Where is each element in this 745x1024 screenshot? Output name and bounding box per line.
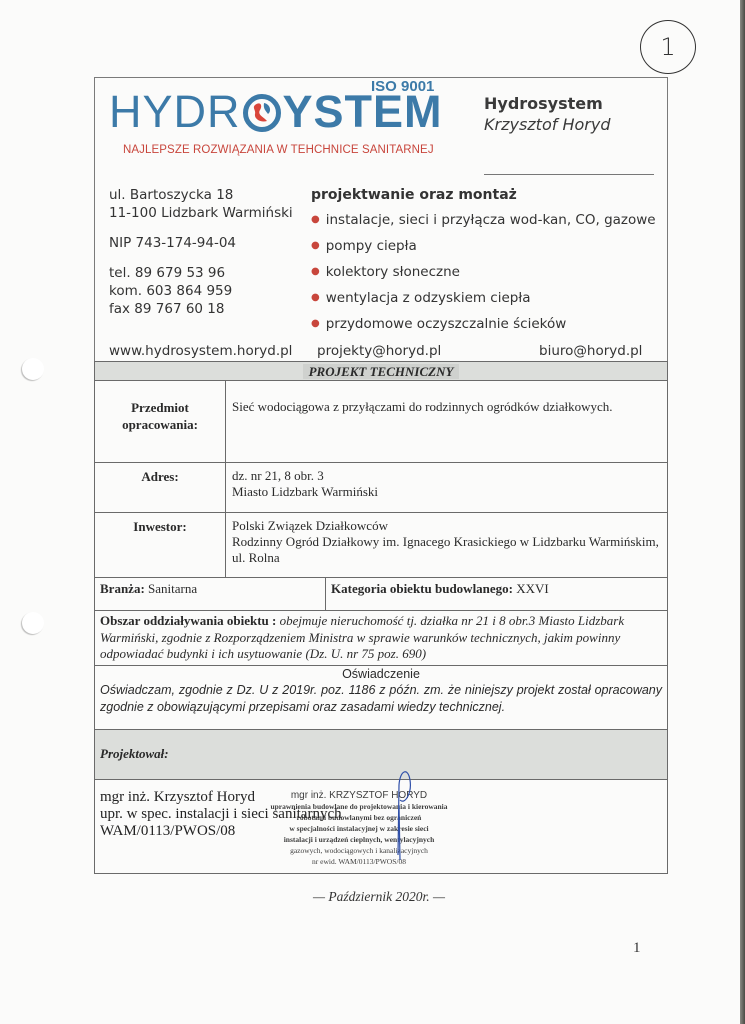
drop-logo-icon: [243, 94, 281, 132]
punch-hole-icon: [22, 612, 44, 634]
statement-row: Oświadczenie Oświadczam, zgodnie z Dz. U…: [95, 666, 667, 731]
services-title: projektwanie oraz montaż: [311, 186, 656, 204]
mobile: kom. 603 864 959: [109, 282, 293, 300]
address-line: 11-100 Lidzbark Warmiński: [109, 204, 293, 222]
phone: tel. 89 679 53 96: [109, 264, 293, 282]
category-cell: Kategoria obiektu budowlanego: XXVI: [326, 578, 554, 610]
service-item: ●pompy ciepła: [311, 234, 656, 260]
page-number: 1: [633, 940, 641, 957]
company-block: Hydrosystem Krzysztof Horyd: [484, 94, 610, 134]
statement-body: Oświadczam, zgodnie z Dz. U z 2019r. poz…: [100, 682, 662, 715]
service-item: ●kolektory słoneczne: [311, 260, 656, 286]
slogan: NAJLEPSZE ROZWIĄZANIA W TEHCHNICE SANITA…: [123, 144, 434, 156]
designed-by-label: Projektował:: [100, 746, 169, 762]
subject-row: Przedmiot opracowania: Sieć wodociągowa …: [95, 381, 667, 463]
bullet-icon: ●: [311, 214, 320, 225]
document-date: — Październik 2020r. —: [313, 889, 445, 905]
address-value: dz. nr 21, 8 obr. 3 Miasto Lidzbark Warm…: [226, 463, 667, 512]
page-mark-number: 1: [660, 33, 675, 61]
contact-info: ul. Bartoszycka 18 11-100 Lidzbark Warmi…: [109, 186, 293, 318]
impact-area-row: Obszar oddziaływania obiektu : obejmuje …: [95, 611, 667, 666]
bullet-icon: ●: [311, 292, 320, 303]
project-form: PROJEKT TECHNICZNY Przedmiot opracowania…: [94, 361, 668, 874]
punch-hole-icon: [22, 358, 44, 380]
subject-label: Przedmiot opracowania:: [95, 381, 226, 462]
nip: NIP 743-174-94-04: [109, 234, 293, 252]
office-email-link[interactable]: biuro@horyd.pl: [539, 343, 642, 359]
logo-right: YSTEM: [283, 86, 443, 138]
fax: fax 89 767 60 18: [109, 300, 293, 318]
website-link[interactable]: www.hydrosystem.horyd.pl: [109, 343, 292, 359]
subject-value: Sieć wodociągowa z przyłączami do rodzin…: [226, 381, 667, 462]
investor-label: Inwestor:: [95, 513, 226, 577]
bullet-icon: ●: [311, 240, 320, 251]
address-row: Adres: dz. nr 21, 8 obr. 3 Miasto Lidzba…: [95, 463, 667, 513]
logo-left: HYDR: [109, 86, 241, 138]
designer-row: mgr inż. Krzysztof Horyd upr. w spec. in…: [95, 780, 667, 873]
handwritten-page-mark: 1: [640, 20, 696, 74]
signature-icon: [390, 765, 420, 860]
designed-by-row: Projektował:: [95, 730, 667, 780]
investor-row: Inwestor: Polski Związek Działkowców Rod…: [95, 513, 667, 578]
service-item: ●przydomowe oczyszczalnie ścieków: [311, 312, 656, 338]
scan-edge: [740, 0, 745, 1024]
projects-email-link[interactable]: projekty@horyd.pl: [317, 343, 441, 359]
services-list: projektwanie oraz montaż ●instalacje, si…: [311, 186, 656, 338]
company-name: Hydrosystem: [484, 94, 610, 113]
address-label: Adres:: [95, 463, 226, 512]
statement-title: Oświadczenie: [100, 666, 662, 683]
service-item: ●instalacje, sieci i przyłącza wod-kan, …: [311, 208, 656, 234]
form-banner: PROJEKT TECHNICZNY: [95, 362, 667, 381]
owner-name: Krzysztof Horyd: [484, 115, 610, 134]
address-line: ul. Bartoszycka 18: [109, 186, 293, 204]
designer-stamp: mgr inż. KRZYSZTOF HORYD uprawnienia bud…: [259, 790, 459, 867]
letterhead: ISO 9001 HYDR YSTEM NAJLEPSZE ROZWIĄZANI…: [94, 77, 668, 361]
branch-row: Branża: Sanitarna Kategoria obiektu budo…: [95, 578, 667, 611]
bullet-icon: ●: [311, 318, 320, 329]
bullet-icon: ●: [311, 266, 320, 277]
branch-cell: Branża: Sanitarna: [95, 578, 326, 610]
service-item: ●wentylacja z odzyskiem ciepła: [311, 286, 656, 312]
company-logo: ISO 9001 HYDR YSTEM NAJLEPSZE ROZWIĄZANI…: [109, 78, 439, 158]
logo-wordmark: HYDR YSTEM: [109, 86, 443, 138]
impact-label: Obszar oddziaływania obiektu :: [100, 613, 276, 628]
divider: [484, 174, 654, 175]
investor-value: Polski Związek Działkowców Rodzinny Ogró…: [226, 513, 667, 577]
